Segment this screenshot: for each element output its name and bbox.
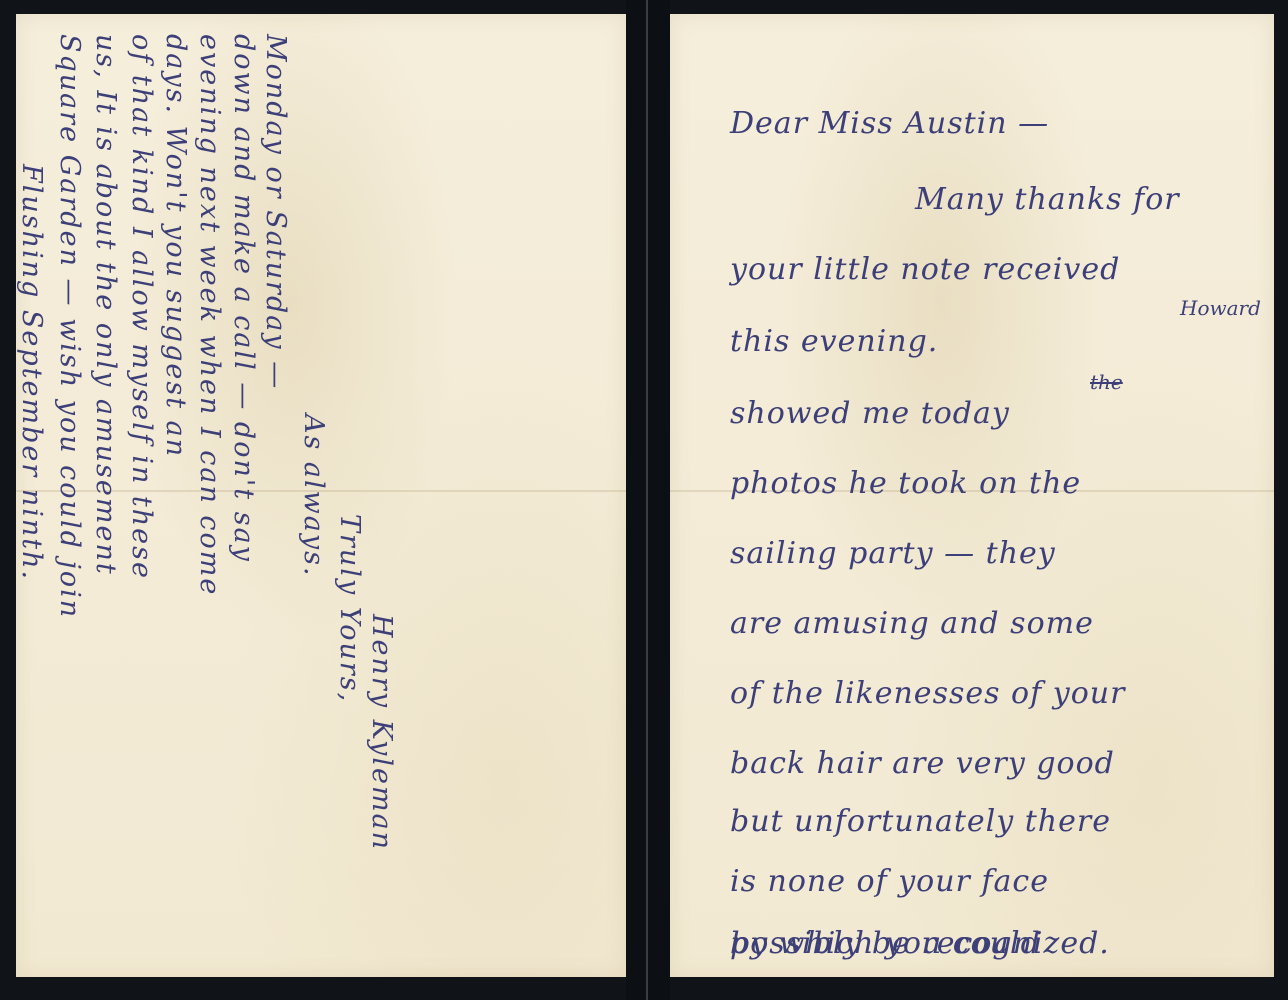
letter-line: this evening. xyxy=(730,324,938,359)
gutter-seam xyxy=(646,0,648,1000)
letter-line: Monday or Saturday — xyxy=(262,34,289,390)
letter-line: us, It is about the only amusement xyxy=(92,34,119,576)
letter-line: of the likenesses of your xyxy=(730,676,1125,711)
closing: As always. xyxy=(300,414,327,578)
letter-line: back hair are very good xyxy=(730,746,1115,781)
letter-line: sailing party — they xyxy=(730,536,1056,571)
struck-word: the xyxy=(1090,370,1123,394)
letter-line: Many thanks for xyxy=(915,182,1180,217)
letter-line: showed me today xyxy=(730,396,1010,431)
letter-line: days. Won't you suggest an xyxy=(162,34,189,458)
letter-line: is none of your face xyxy=(730,864,1049,899)
closing-truly-yours: Truly Yours, xyxy=(336,514,363,703)
dateline: Flushing September ninth. xyxy=(18,164,45,581)
sideways-text-block: Flushing September ninth. Square Garden … xyxy=(16,14,626,977)
letter-page-right: Dear Miss Austin — Many thanks for your … xyxy=(670,14,1274,977)
signature: Henry Kyleman xyxy=(368,614,395,851)
letter-line: evening next week when I can come xyxy=(196,34,223,596)
letter-line: but unfortunately there xyxy=(730,804,1111,839)
letter-line: down and make a call — don't say xyxy=(230,34,257,563)
letter-line: photos he took on the xyxy=(730,466,1081,501)
letter-line: are amusing and some xyxy=(730,606,1094,641)
letter-line: Square Garden — wish you could join xyxy=(56,34,83,619)
inserted-word: Howard xyxy=(1180,296,1261,320)
letter-line: your little note received xyxy=(730,252,1120,287)
salutation: Dear Miss Austin — xyxy=(730,106,1049,141)
page-gutter xyxy=(626,0,670,1000)
letter-line: possibly be recognized. xyxy=(730,926,1110,961)
letter-page-left: Flushing September ninth. Square Garden … xyxy=(16,14,626,977)
letter-line: of that kind I allow myself in these xyxy=(128,34,155,580)
